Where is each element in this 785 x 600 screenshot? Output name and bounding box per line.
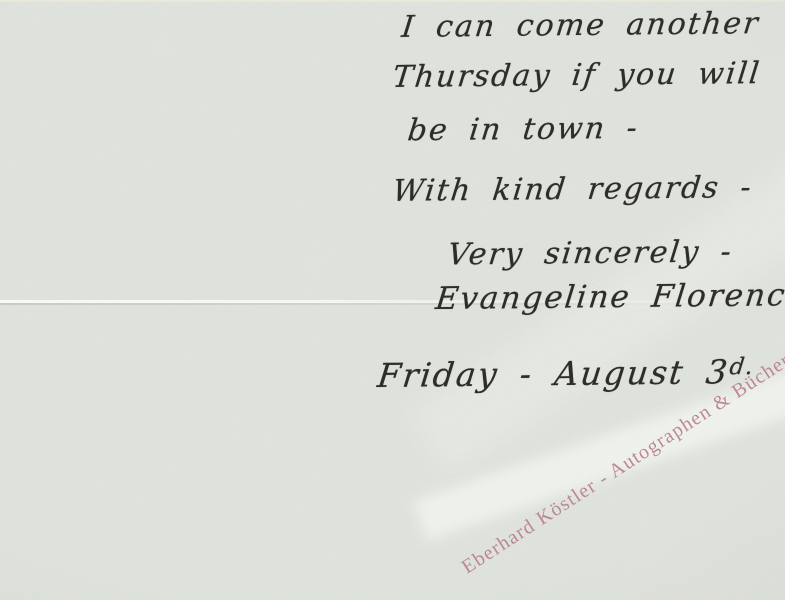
letter-line-4-regards: With kind regards -	[391, 170, 755, 209]
letter-line-2: Thursday if you will	[391, 56, 763, 95]
letter-line-1: I can come another	[400, 6, 762, 45]
letter-line-3: be in town -	[406, 111, 641, 148]
scan-top-edge	[0, 0, 785, 3]
signature-line: Evangeline Florence.	[434, 277, 785, 317]
date-line: Friday - August 3d.	[376, 352, 756, 395]
letter-line-5-valediction: Very sincerely -	[446, 235, 735, 273]
letter-scan-sheet: I can come another Thursday if you will …	[0, 0, 785, 600]
date-line-main: Friday - August 3	[376, 352, 732, 395]
